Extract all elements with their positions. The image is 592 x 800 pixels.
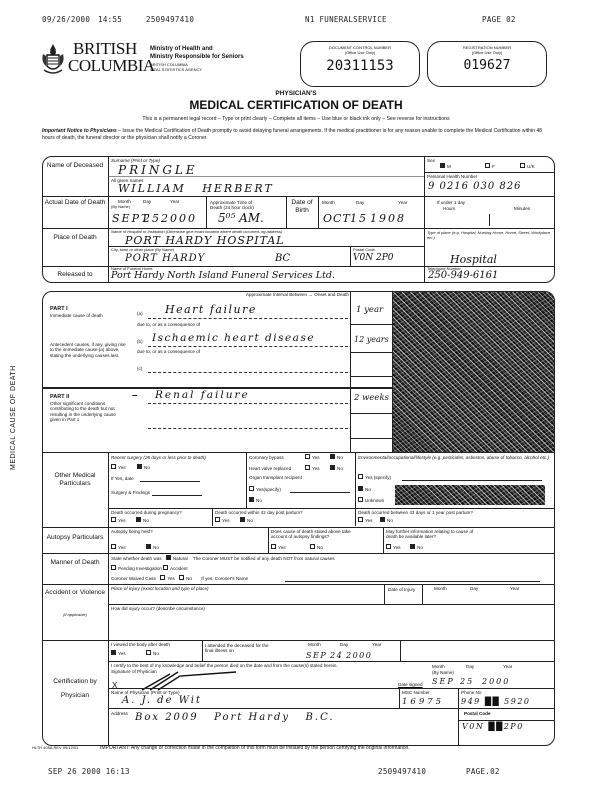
cause-c-label: (c): [137, 366, 142, 371]
registration-box: REGISTRATION NUMBER (Office Use Only) 01…: [427, 41, 547, 87]
pregnancy-yes[interactable]: Yes: [111, 518, 126, 523]
checkbox-icon: [271, 544, 276, 549]
postal-code-label: Postal Code: [353, 248, 375, 253]
dash-mark: –: [132, 390, 138, 401]
time-of-death-field[interactable]: 5⁰⁵ AM.: [218, 211, 264, 225]
cause-a-label: (a): [137, 311, 143, 316]
fax-footer-date: SEP 26 2000 16:13: [48, 767, 130, 776]
checkbox-checked-icon: [380, 517, 385, 522]
autopsy-held-label: Autopsy being held?: [111, 529, 153, 534]
surgery-yes[interactable]: Yes: [111, 465, 126, 470]
checkbox-checked-icon: [330, 465, 335, 470]
part1-sub: Immediate cause of death: [50, 313, 103, 318]
telephone-field[interactable]: 250-949-6161: [428, 270, 498, 281]
given-names-field[interactable]: WILLIAM HERBERT: [118, 182, 274, 195]
postal-code-field[interactable]: V0N 2P0: [353, 253, 393, 263]
institution-field[interactable]: PORT HARDY HOSPITAL: [125, 234, 285, 247]
fax-footer-page: PAGE.02: [466, 767, 500, 776]
checkbox-checked-icon: [136, 517, 141, 522]
fax-header-number: 2509497410: [146, 15, 194, 24]
checkbox-icon: [310, 544, 315, 549]
document-control-box: DOCUMENT CONTROL NUMBER (Office Use Only…: [300, 41, 420, 87]
address-field[interactable]: Box 2009 Port Hardy B.C.: [135, 712, 335, 723]
attended-year-field[interactable]: 2000: [346, 651, 372, 660]
checkbox-icon: [485, 163, 490, 168]
bypass-yes[interactable]: Yes: [305, 455, 320, 460]
cert-postal-field[interactable]: V0N ██2P0: [462, 722, 524, 731]
checkbox-icon: [358, 517, 363, 522]
organ-label: Organ transplant recipient: [249, 475, 302, 480]
attended-month-field[interactable]: SEP: [306, 651, 327, 660]
important-notice-text: – Issue the Medical Certification of Dea…: [42, 128, 542, 141]
dod-day-label: Day: [143, 199, 151, 204]
redacted-area: [393, 292, 554, 452]
interval-header: Approximate Interval Between → Onset and…: [205, 293, 349, 298]
viewed-yes[interactable]: Yes: [111, 651, 126, 656]
checkbox-icon: [305, 454, 310, 459]
cause-b-label: (b): [137, 339, 143, 344]
fax-header-sender: N1 FUNERALSERVICE: [305, 15, 387, 24]
instructions-line: This is a permanent legal record – Type …: [0, 116, 592, 122]
postpartum1y-no[interactable]: No: [380, 518, 393, 523]
postpartum1y-label: Death occurred between 43 days or 1 year…: [358, 510, 473, 515]
part2-title: PART II: [50, 394, 69, 400]
valve-no[interactable]: No: [330, 466, 343, 471]
checkbox-icon: [215, 517, 220, 522]
checkbox-checked-icon: [410, 544, 415, 549]
accident-label: Accident or Violence: [42, 589, 108, 597]
important-notice: Important Notice to Physicians – Issue t…: [42, 128, 554, 142]
sex-uk-option[interactable]: U/K: [520, 164, 535, 169]
dod-year-label: Year: [170, 199, 179, 204]
waived-yes-checkbox-icon[interactable]: [160, 575, 165, 580]
title-pre: PHYSICIAN'S: [0, 90, 592, 97]
checkbox-checked-icon: [440, 163, 445, 168]
autopsy-held-no[interactable]: No: [146, 545, 159, 550]
accident-option[interactable]: Accident: [163, 566, 188, 571]
fax-header-time: 14:55: [98, 15, 122, 24]
coroner-note: The Coroner MUST be notified of any deat…: [193, 556, 335, 561]
msc-field[interactable]: 16975: [402, 697, 444, 707]
signed-month-field[interactable]: SEP: [432, 677, 455, 686]
checkbox-checked-icon: [330, 454, 335, 459]
time-of-death-label: Approximate Time of Death (24 hour clock…: [210, 200, 262, 211]
dob-year-label: Year: [398, 200, 407, 205]
injury-date-label: Date of Injury: [388, 587, 418, 592]
province-name-line2: COLUMBIA: [68, 57, 155, 74]
surgery-label: Recent surgery (28 days or less prior to…: [111, 455, 206, 460]
bypass-label: Coronary bypass: [249, 455, 284, 460]
injury-day-label: Day: [470, 586, 478, 591]
postpartum1y-yes[interactable]: Yes: [358, 518, 373, 523]
part2-field[interactable]: Renal failure: [155, 389, 250, 401]
attended-year-label: Year: [372, 642, 381, 647]
injury-year-label: Year: [510, 586, 519, 591]
autopsy-label: Autopsy Particulars: [42, 534, 108, 542]
signed-day-label: Day: [466, 664, 474, 669]
injury-how-label: How did injury occur? (describe circumst…: [111, 606, 205, 611]
important-notice-title: Important Notice to Physicians: [42, 128, 117, 134]
checkbox-icon: [358, 497, 363, 502]
physician-name-field[interactable]: A. J. de Wit: [122, 695, 202, 706]
injury-place-label: Place of injury (exact location and type…: [111, 586, 209, 591]
minutes-label: Minutes: [514, 206, 530, 211]
env-label: Environmental/occupational/lifestyle (e.…: [358, 455, 553, 460]
dob-day-field[interactable]: 15: [350, 212, 368, 225]
name-of-deceased-label: Name of Deceased: [42, 162, 108, 170]
hours-label: Hours: [443, 206, 455, 211]
organ-no[interactable]: No: [249, 498, 262, 503]
checkbox-icon: [146, 650, 151, 655]
fax-header-date: 09/26/2000: [42, 15, 90, 24]
signed-month-label: Month: [432, 664, 445, 669]
part2-sub: Other significant conditions contributin…: [50, 401, 118, 423]
checkbox-checked-icon: [240, 517, 245, 522]
postpartum42-yes[interactable]: Yes: [215, 518, 230, 523]
env-no[interactable]: No: [358, 487, 371, 492]
registration-number: 019627: [428, 58, 546, 73]
document-control-sublabel: (Office Use Only): [301, 51, 419, 56]
pregnancy-label: Death occurred during pregnancy?: [111, 510, 182, 515]
attended-month-label: Month: [308, 642, 321, 647]
surname-field[interactable]: PRINGLE: [118, 163, 198, 177]
checkbox-icon: [249, 486, 254, 491]
fax-footer-number: 2509497410: [378, 767, 426, 776]
surgery-findings-label: Surgery & Findings: [111, 490, 150, 495]
cause-b-interval[interactable]: 12 years: [354, 335, 389, 344]
checkbox-icon: [305, 465, 310, 470]
msc-label: MSC Number: [402, 690, 430, 695]
checkbox-icon: [358, 474, 363, 479]
ministry-line1: Ministry of Health and: [150, 46, 213, 54]
signed-year-field[interactable]: 2000: [482, 677, 510, 686]
checkbox-checked-icon: [358, 486, 363, 491]
medical-cause-side-label: MEDICAL CAUSE OF DEATH: [10, 365, 17, 470]
important-footer: IMPORTANT: Any change or correction made…: [100, 745, 410, 751]
pending-option[interactable]: Pending Investigation: [111, 566, 162, 571]
dob-month-label: Month: [322, 200, 335, 205]
due-to-a: due to, or as a consequence of: [137, 322, 200, 327]
surgery-no[interactable]: No: [137, 465, 150, 470]
autopsy-account-yes[interactable]: Yes: [271, 545, 286, 550]
env-unknown[interactable]: Unknown: [358, 498, 384, 503]
accident-sub: (if applicable): [42, 613, 108, 618]
city-label: City, town or other place (By Name): [111, 248, 174, 253]
coroner-waived-row: Coroner Waived Case Yes No If yes, Coron…: [111, 576, 248, 581]
checkbox-icon: [386, 544, 391, 549]
checkbox-icon: [111, 565, 116, 570]
attended-day-field[interactable]: 24: [330, 651, 343, 660]
place-of-death-label: Place of Death: [42, 234, 108, 242]
bypass-no[interactable]: No: [330, 455, 343, 460]
dob-year-field[interactable]: 1908: [370, 212, 406, 225]
date-of-death-label: Actual Date of Death: [42, 199, 108, 207]
page-title: MEDICAL CERTIFICATION OF DEATH: [0, 98, 592, 112]
due-to-b: due to, or as a consequence of: [137, 349, 200, 354]
signed-year-label: Year: [503, 664, 512, 669]
date-signed-label: Date signed: [398, 682, 423, 687]
natural-checkbox-checked-icon[interactable]: [166, 555, 171, 560]
postpartum42-no[interactable]: No: [240, 518, 253, 523]
type-of-place-label: Type of place (e.g. Hospital, Nursing Ho…: [427, 231, 553, 240]
address-label: Address: [111, 711, 128, 716]
if-yes-date-label: If Yes, date: [111, 476, 134, 481]
natural-option[interactable]: Natural: [173, 556, 188, 561]
dob-day-label: Day: [356, 200, 364, 205]
autopsy-further-no[interactable]: No: [410, 545, 423, 550]
checkbox-checked-icon: [137, 464, 142, 469]
form-id: HLTH 409A REV 99/12/01: [32, 746, 78, 751]
dod-year-field[interactable]: 2000: [161, 212, 197, 225]
phn-field[interactable]: 9 0216 030 826: [428, 181, 522, 192]
phn-label: Personal Health Number: [427, 174, 477, 179]
injury-month-label: Month: [434, 586, 447, 591]
env-yes[interactable]: Yes (specify): [358, 475, 391, 480]
agency-line2: VITAL STATISTICS AGENCY: [150, 68, 202, 73]
autopsy-account-label: Does cause of death stated above take ac…: [271, 529, 351, 540]
cause-b-field[interactable]: Ischaemic heart disease: [152, 332, 315, 344]
released-to-label: Released to: [42, 271, 108, 279]
type-of-place-field[interactable]: Hospital: [450, 253, 497, 266]
attended-day-label: Day: [340, 642, 348, 647]
manner-label: Manner of Death: [42, 559, 108, 567]
autopsy-further-yes[interactable]: Yes: [386, 545, 401, 550]
funeral-home-field[interactable]: Port Hardy North Island Funeral Services…: [111, 270, 335, 281]
manner-state-row: State whether death was Natural The Coro…: [111, 556, 335, 561]
document-control-number: 20311153: [301, 58, 419, 74]
pregnancy-no[interactable]: No: [136, 518, 149, 523]
checkbox-icon: [111, 517, 116, 522]
viewed-body-label: I viewed the body after death: [111, 642, 170, 647]
part2-interval[interactable]: 2 weeks: [354, 393, 389, 403]
waived-no-checkbox-icon[interactable]: [179, 575, 184, 580]
part1-title: PART I: [50, 306, 68, 312]
cert-postal-label: Postal Code: [464, 711, 491, 716]
under-1-day-label: If under 1 day: [437, 200, 465, 205]
dob-label: Date of Birth: [288, 199, 316, 215]
fax-header-page: PAGE 02: [482, 15, 516, 24]
attended-label: I attended the deceased for the final il…: [205, 643, 270, 654]
checkbox-icon: [111, 464, 116, 469]
dod-day-field[interactable]: 25: [143, 212, 161, 225]
antecedent-causes-label: Antecedent causes, if any, giving rise t…: [50, 342, 128, 358]
dod-month-sub: (By Name): [111, 205, 130, 210]
province-field[interactable]: BC: [275, 253, 290, 264]
city-field[interactable]: PORT HARDY: [125, 253, 205, 264]
checkbox-icon: [520, 163, 525, 168]
sex-m-option[interactable]: M: [440, 164, 451, 169]
autopsy-further-label: May further information relating to caus…: [386, 529, 486, 540]
sex-f-option[interactable]: F: [485, 164, 495, 169]
bc-coat-of-arms-icon: [38, 42, 68, 78]
registration-sublabel: (Office Use Only): [428, 51, 546, 56]
certification-label: Certification by Physician: [42, 675, 108, 703]
signed-month-sub: (By Name): [432, 670, 454, 675]
checkbox-icon: [111, 544, 116, 549]
cause-a-interval[interactable]: 1 year: [356, 305, 383, 315]
viewed-no[interactable]: No: [146, 651, 159, 656]
other-medical-label: Other Medical Particulars: [42, 472, 108, 488]
organ-yes[interactable]: Yes(specify): [249, 487, 281, 492]
autopsy-held-yes[interactable]: Yes: [111, 545, 126, 550]
sex-label: Sex: [427, 158, 435, 163]
checkbox-checked-icon: [111, 650, 116, 655]
checkbox-checked-icon: [146, 544, 151, 549]
phone-field[interactable]: 949 ██ 5920: [461, 697, 531, 706]
checkbox-icon: [163, 565, 168, 570]
postpartum42-label: Death occurred within 42 day post partum…: [215, 510, 303, 515]
signed-day-field[interactable]: 25: [460, 677, 474, 686]
ministry-line2: Ministry Responsible for Seniors: [150, 54, 244, 62]
valve-label: Heart valve replaced: [249, 466, 291, 471]
phone-label: Phone No: [461, 690, 481, 695]
province-name-line1: BRITISH: [73, 40, 137, 57]
dob-month-field[interactable]: OCT: [323, 212, 351, 225]
autopsy-account-no[interactable]: No: [310, 545, 323, 550]
cause-a-field[interactable]: Heart failure: [165, 303, 257, 316]
valve-yes[interactable]: Yes: [305, 466, 320, 471]
checkbox-checked-icon: [249, 497, 254, 502]
redacted-area: [395, 485, 545, 505]
